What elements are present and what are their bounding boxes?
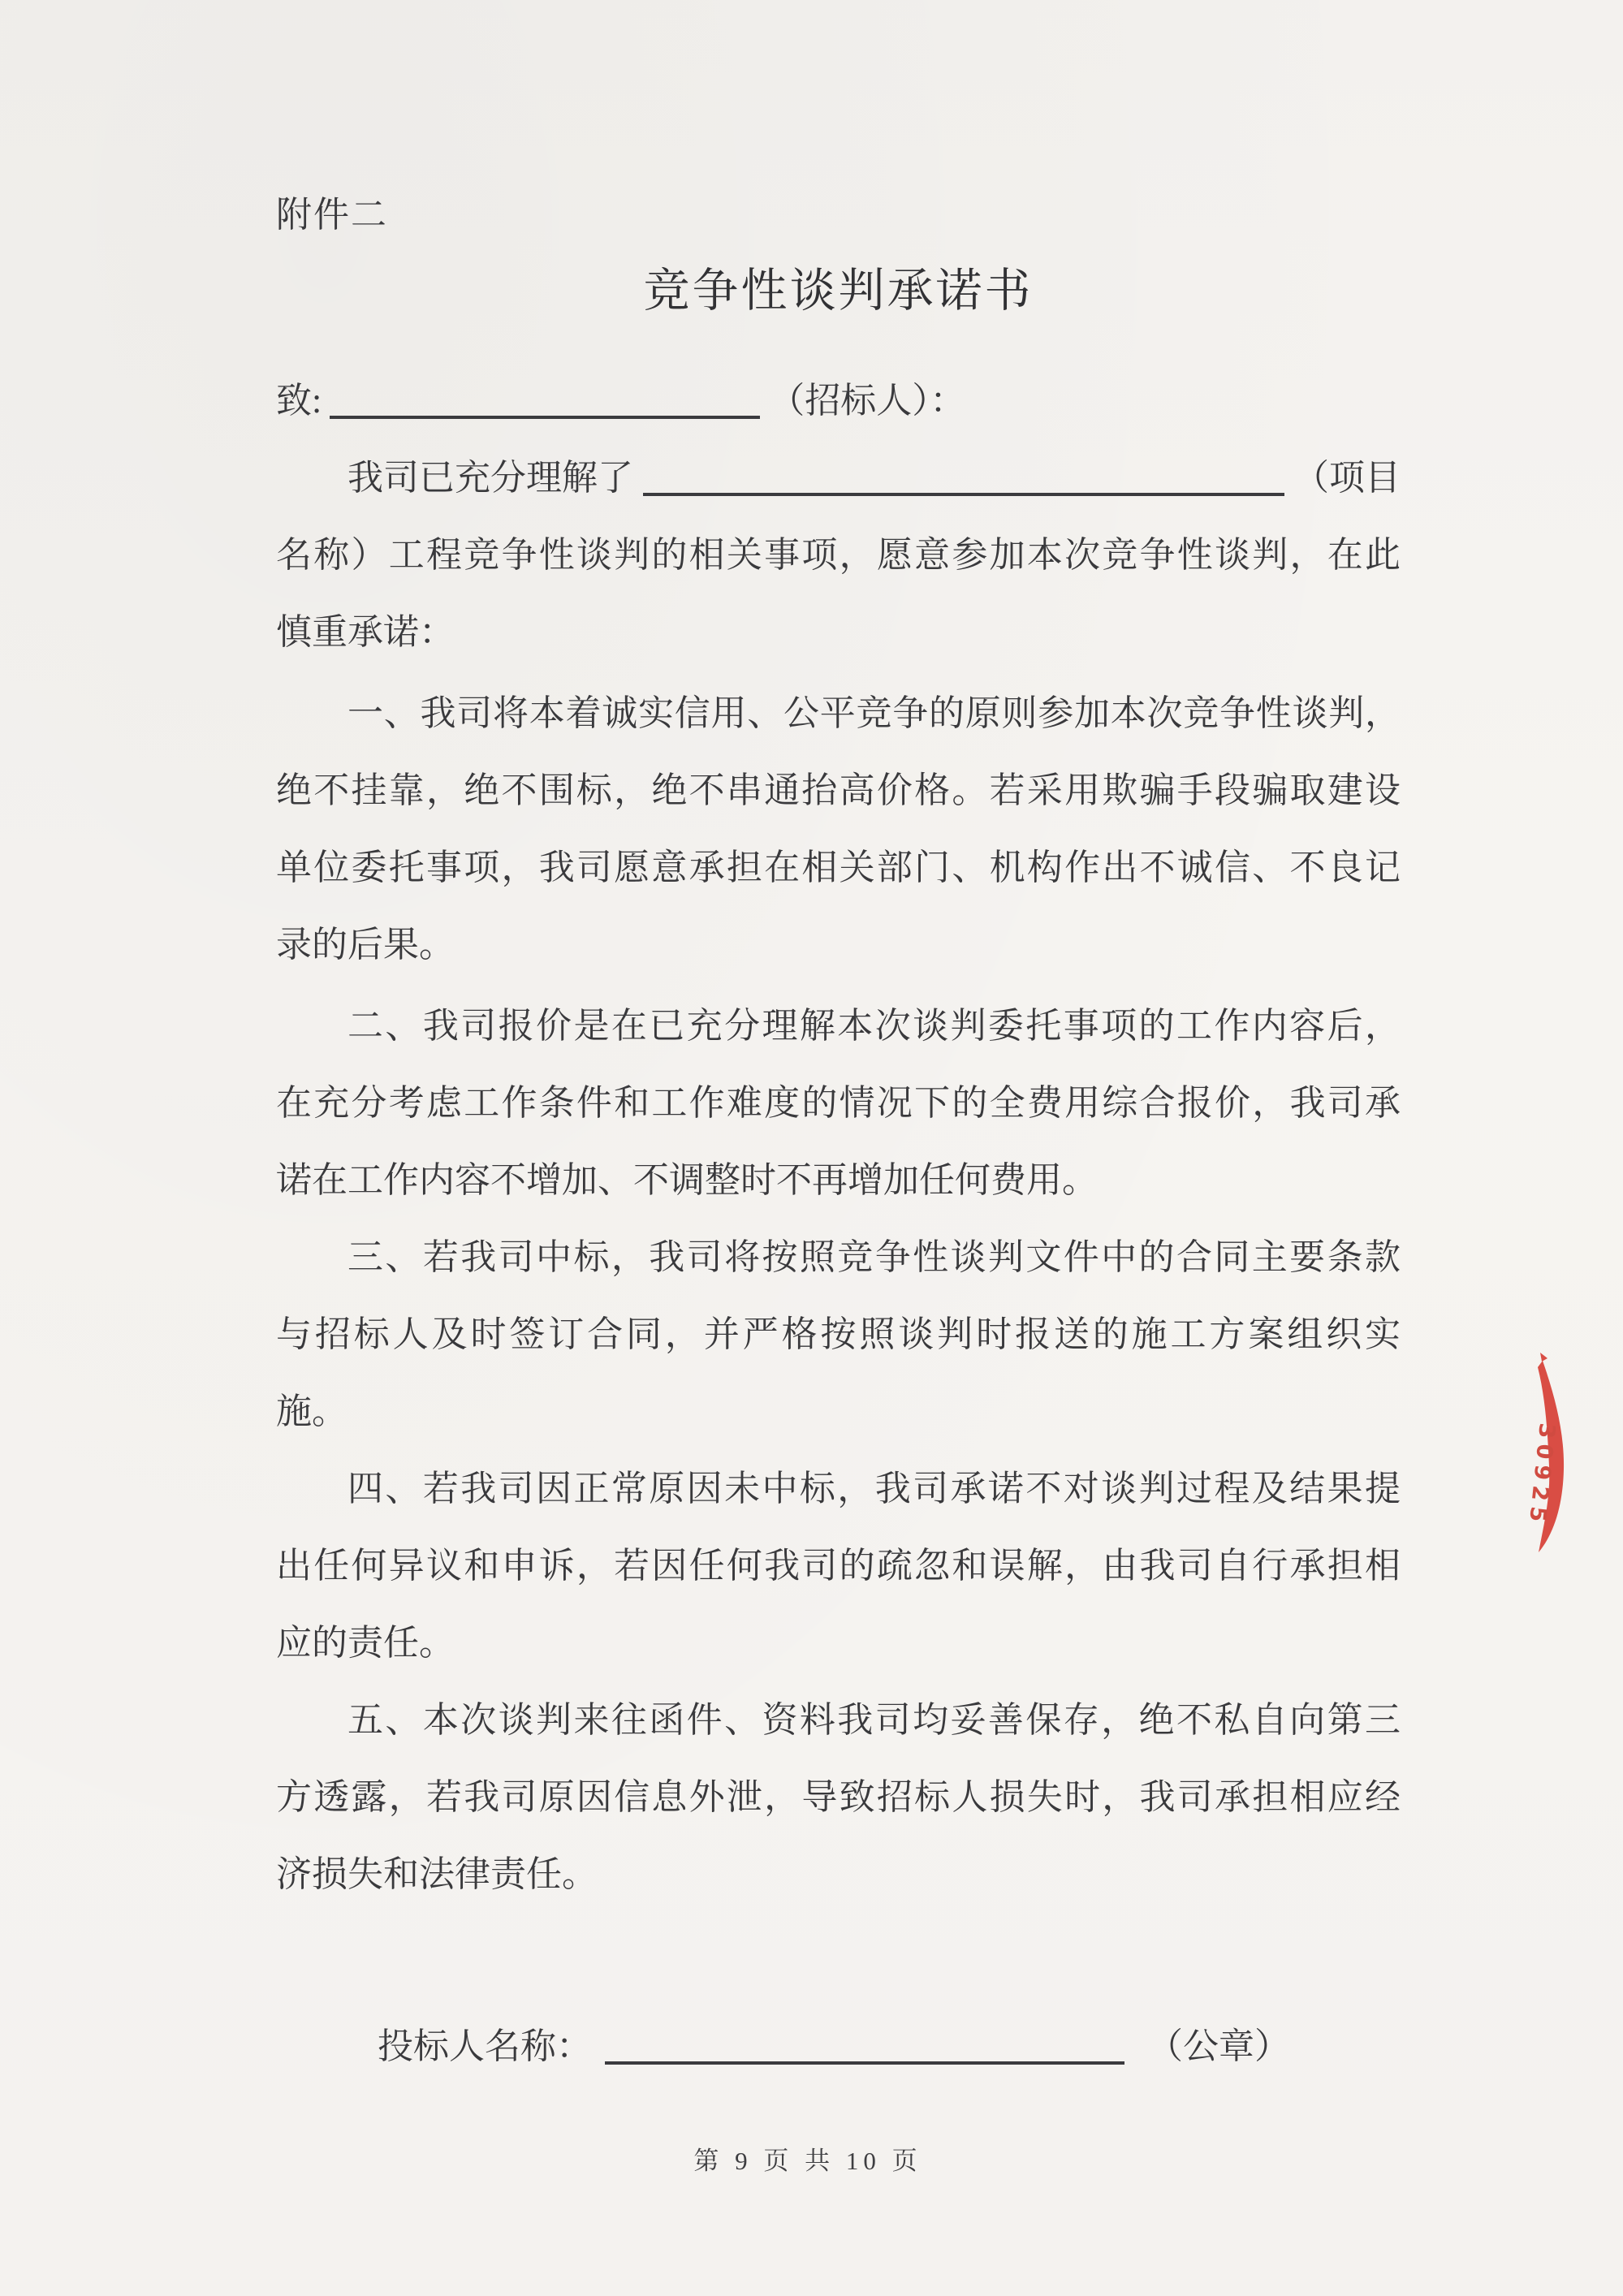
clause-5-line-1: 五、本次谈判来往函件、资料我司均妥善保存，绝不私自向第三 <box>276 1699 1401 1751</box>
bidder-name-blank-underline <box>605 2058 1124 2065</box>
intro-line-1: 我司已充分理解了 （项目 <box>276 457 1401 509</box>
company-seal-stamp-fragment: 30925 <box>1515 1348 1580 1562</box>
salutation-line: 致: （招标人）： <box>276 380 1401 432</box>
project-name-blank-underline <box>643 490 1284 496</box>
intro-suffix: （项目 <box>1293 458 1401 498</box>
addressee-blank-underline <box>330 412 760 419</box>
intro-line-2: 名称）工程竞争性谈判的相关事项，愿意参加本次竞争性谈判，在此 <box>276 534 1401 586</box>
intro-line-3: 慎重承诺： <box>276 611 1401 663</box>
clause-3-line-1: 三、若我司中标，我司将按照竞争性谈判文件中的合同主要条款 <box>276 1236 1401 1288</box>
page-footer: 第 9 页 共 10 页 <box>621 2140 995 2177</box>
document-title: 竞争性谈判承诺书 <box>276 265 1401 318</box>
stamp-fleck <box>1540 1353 1547 1362</box>
clause-4-line-2: 出任何异议和申诉，若因任何我司的疏忽和误解，由我司自行承担相 <box>276 1545 1401 1597</box>
clause-1-line-1: 一、我司将本着诚实信用、公平竞争的原则参加本次竞争性谈判， <box>276 693 1401 744</box>
clause-1-line-4: 录的后果。 <box>276 924 1401 976</box>
clause-3-line-2: 与招标人及时签订合同，并严格按照谈判时报送的施工方案组织实 <box>276 1314 1401 1366</box>
clause-1-line-2: 绝不挂靠，绝不围标，绝不串通抬高价格。若采用欺骗手段骗取建设 <box>276 770 1401 822</box>
salutation-suffix: （招标人）： <box>769 381 965 421</box>
clause-5-line-3: 济损失和法律责任。 <box>276 1854 1401 1905</box>
bidder-name-label: 投标人名称： <box>378 2026 592 2066</box>
company-seal-label: （公章） <box>1147 2026 1290 2066</box>
clause-2-line-3: 诺在工作内容不增加、不调整时不再增加任何费用。 <box>276 1159 1401 1211</box>
document-page: 附件二 竞争性谈判承诺书 致: （招标人）： 我司已充分理解了 （项目 名称）工… <box>0 0 1623 2296</box>
attachment-label: 附件二 <box>276 197 388 233</box>
intro-prefix: 我司已充分理解了 <box>347 458 633 498</box>
clause-1-line-3: 单位委托事项，我司愿意承担在相关部门、机构作出不诚信、不良记 <box>276 847 1401 899</box>
clause-2-line-2: 在充分考虑工作条件和工作难度的情况下的全费用综合报价，我司承 <box>276 1082 1401 1134</box>
clause-5-line-2: 方透露，若我司原因信息外泄，导致招标人损失时，我司承担相应经 <box>276 1776 1401 1828</box>
salutation-prefix: 致: <box>276 381 322 421</box>
signature-line: 投标人名称：（公章） <box>378 2026 1290 2078</box>
clause-4-line-3: 应的责任。 <box>276 1622 1401 1674</box>
clause-2-line-1: 二、我司报价是在已充分理解本次谈判委托事项的工作内容后， <box>276 1005 1401 1057</box>
clause-4-line-1: 四、若我司因正常原因未中标，我司承诺不对谈判过程及结果提 <box>276 1468 1401 1520</box>
clause-3-line-3: 施。 <box>276 1391 1401 1443</box>
